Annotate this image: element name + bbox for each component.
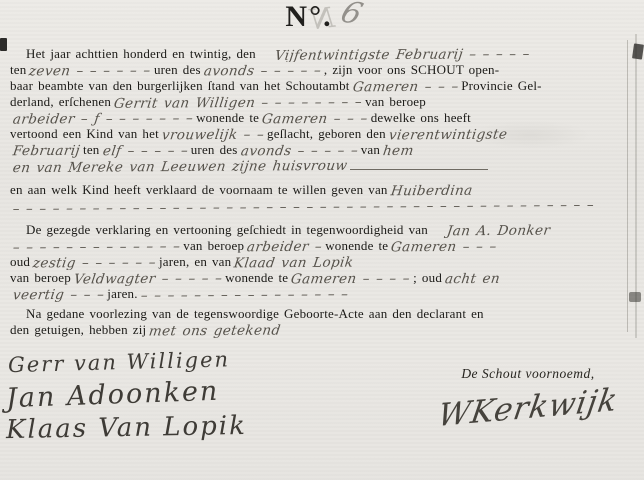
document-body: Het jaar achttien honderd en twintig, de… xyxy=(10,46,632,338)
printed-text: wonende te xyxy=(196,110,259,125)
doc-line: van beroepVeldwagter – – – – –wonende te… xyxy=(10,270,632,286)
handwritten-text: Gameren – – – xyxy=(261,110,369,126)
doc-line: oudzestig – – – – – –jaren, en vanKlaad … xyxy=(10,254,632,270)
handwritten-text: Klaad van Lopik xyxy=(233,254,355,270)
printed-text: wonende te xyxy=(225,270,288,285)
printed-text: , zijn voor ons SCHOUT open- xyxy=(324,62,499,77)
handwritten-text: Vijfentwintigste Februarij – – – – – xyxy=(258,46,531,62)
doc-line: tenzeven – – – – – –uren desavonds – – –… xyxy=(10,62,632,78)
printed-text: jaren, en van xyxy=(159,254,231,269)
ink-bleed-mark: N xyxy=(308,1,336,36)
doc-line: den getuigen, hebben zijmet ons getekend xyxy=(10,322,632,338)
signature: Jan Adoonken xyxy=(6,375,248,414)
handwritten-text: acht en xyxy=(444,270,501,286)
printed-text: van beroep xyxy=(183,238,244,253)
handwritten-text: Huiberdina xyxy=(390,182,474,198)
signature: Klaas Van Lopik xyxy=(6,411,247,445)
document-number-header: N N°. 6 xyxy=(0,0,644,42)
printed-text: Provincie Gel- xyxy=(461,78,541,93)
printed-text: ten xyxy=(83,142,99,157)
printed-text: wonende te xyxy=(325,238,388,253)
handwritten-text: – – – – – – – – – – – – – – – – xyxy=(140,286,350,302)
handwritten-text: arbeider – ƒ – – – – – – – xyxy=(12,110,194,126)
doc-line: Het jaar achttien honderd en twintig, de… xyxy=(10,46,632,62)
handwritten-text: avonds – – – – – xyxy=(239,142,358,158)
handwritten-text: met ons getekend xyxy=(148,322,282,338)
handwritten-text: avonds – – – – – xyxy=(203,62,322,78)
doc-line: De gezegde verklaring en vertooning geſc… xyxy=(10,222,632,238)
scan-artifact-right-tick xyxy=(632,43,644,59)
handwritten-text: en van Mereke van Leeuwen zijne huisvrou… xyxy=(12,158,349,174)
doc-line: arbeider – ƒ – – – – – – –wonende teGame… xyxy=(10,110,632,126)
handwritten-text: arbeider – xyxy=(246,238,323,254)
printed-text: De gezegde verklaring en vertooning geſc… xyxy=(26,222,428,237)
handwritten-text: zeven – – – – – – xyxy=(28,62,152,78)
printed-text: dewelke ons heeft xyxy=(371,110,471,125)
handwritten-text: – – – – – – – – – – – – – – – – – – – – … xyxy=(12,198,596,214)
printed-text: Na gedane voorlezing van de tegenswoordi… xyxy=(26,306,484,321)
printed-text: van beroep xyxy=(10,270,71,285)
printed-text: uren des xyxy=(191,142,238,157)
printed-text: baar beambte van den burgerlijken ſtand … xyxy=(10,78,350,93)
printed-text: oud xyxy=(10,254,30,269)
signatures-block: Gerr van WilligenJan AdoonkenKlaas Van L… xyxy=(6,350,247,443)
handwritten-text: vrouwelijk – – xyxy=(161,126,265,142)
schout-block: De Schout voornoemd, WKerkwijk xyxy=(438,366,618,426)
handwritten-text: Gameren – – – – xyxy=(290,270,411,286)
doc-line: Na gedane voorlezing van de tegenswoordi… xyxy=(10,306,632,322)
doc-line: vertoond een Kind van hetvrouwelijk – –g… xyxy=(10,126,632,142)
handwritten-text: elf – – – – – xyxy=(101,142,188,158)
printed-text: Het jaar achttien honderd en twintig, de… xyxy=(26,46,256,61)
printed-text: derland, erſchenen xyxy=(10,94,111,109)
schout-signature: WKerkwijk xyxy=(435,382,620,434)
printed-text: en aan welk Kind heeft verklaard de voor… xyxy=(10,182,388,197)
doc-line: baar beambte van den burgerlijken ſtand … xyxy=(10,78,632,94)
handwritten-text: – – – – – – – – – – – – – xyxy=(12,238,182,254)
handwritten-text: Gameren – – – xyxy=(390,238,498,254)
printed-text: uren des xyxy=(154,62,201,77)
doc-line: derland, erſchenenGerrit van Willigen – … xyxy=(10,94,632,110)
doc-line: en van Mereke van Leeuwen zijne huisvrou… xyxy=(10,158,632,174)
doc-line: – – – – – – – – – – – – –van beroeparbei… xyxy=(10,238,632,254)
handwritten-text: Gerrit van Willigen – – – – – – – – xyxy=(113,94,363,110)
printed-text: geſlacht, geboren den xyxy=(267,126,386,141)
doc-line: – – – – – – – – – – – – – – – – – – – – … xyxy=(10,198,632,214)
doc-line: Februarijtenelf – – – – –uren desavonds … xyxy=(10,142,632,158)
printed-text: vertoond een Kind van het xyxy=(10,126,159,141)
handwritten-text: Veldwagter – – – – – xyxy=(73,270,224,286)
signature: Gerr van Willigen xyxy=(8,347,247,377)
schout-label: De Schout voornoemd, xyxy=(438,366,618,382)
handwritten-text: veertig – – – xyxy=(12,286,106,302)
handwritten-number: 6 xyxy=(336,0,367,32)
underline-rule xyxy=(350,158,488,170)
handwritten-text: Jan A. Donker xyxy=(430,222,552,238)
printed-text: den getuigen, hebben zij xyxy=(10,322,146,337)
handwritten-text: zestig – – – – – – xyxy=(32,254,157,270)
printed-text: jaren. xyxy=(107,286,137,301)
handwritten-text: Februarij xyxy=(12,142,81,158)
doc-line: veertig – – –jaren.– – – – – – – – – – –… xyxy=(10,286,632,302)
handwritten-text: Gameren – – – xyxy=(351,78,459,94)
printed-text: van beroep xyxy=(365,94,426,109)
handwritten-text: hem xyxy=(382,142,415,158)
printed-text: ten xyxy=(10,62,26,77)
handwritten-text: vierentwintigste xyxy=(388,126,508,142)
printed-text: van xyxy=(361,142,380,157)
doc-line: en aan welk Kind heeft verklaard de voor… xyxy=(10,182,632,198)
document-page: N N°. 6 Het jaar achttien honderd en twi… xyxy=(0,0,644,480)
printed-text: ; oud xyxy=(413,270,442,285)
